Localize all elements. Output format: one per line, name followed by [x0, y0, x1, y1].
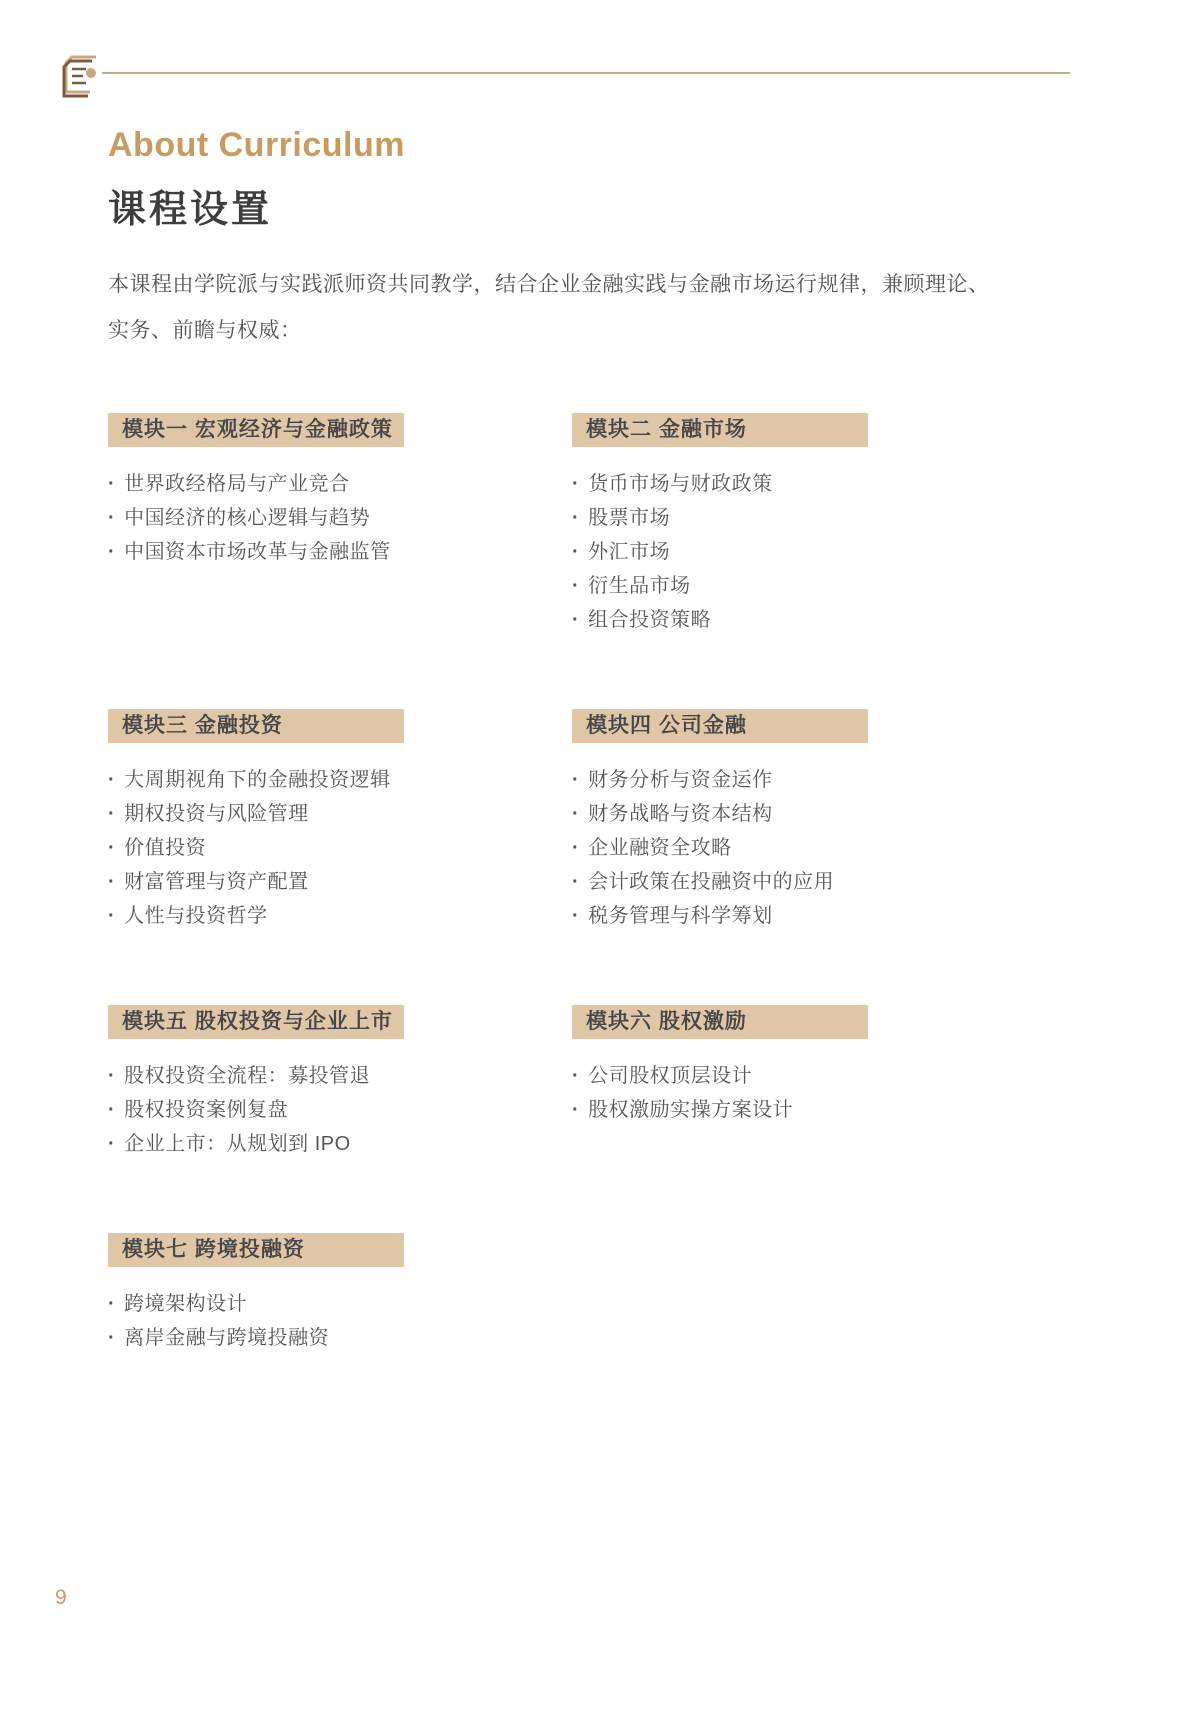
- module-item: ·企业上市：从规划到 IPO: [108, 1127, 572, 1161]
- module-item-text: 离岸金融与跨境投融资: [124, 1321, 329, 1355]
- module-item: ·股权激励实操方案设计: [572, 1093, 1073, 1127]
- bullet-dot: ·: [108, 865, 115, 899]
- bullet-dot: ·: [572, 797, 579, 831]
- bullet-dot: ·: [572, 467, 579, 501]
- module-item-list: ·跨境架构设计·离岸金融与跨境投融资: [108, 1287, 572, 1355]
- bullet-dot: ·: [108, 1321, 115, 1355]
- bullet-dot: ·: [108, 763, 115, 797]
- module-item-list: ·世界政经格局与产业竞合·中国经济的核心逻辑与趋势·中国资本市场改革与金融监管: [108, 467, 572, 569]
- module-item: ·股票市场: [572, 501, 1073, 535]
- intro-line-1: 本课程由学院派与实践派师资共同教学，结合企业金融实践与金融市场运行规律，兼顾理论…: [108, 273, 990, 296]
- module-item-text: 股权投资案例复盘: [124, 1093, 288, 1127]
- module-item-text: 企业融资全攻略: [588, 831, 732, 865]
- bullet-dot: ·: [572, 603, 579, 637]
- module-item-text: 股权激励实操方案设计: [588, 1093, 793, 1127]
- module-item: ·中国资本市场改革与金融监管: [108, 535, 572, 569]
- section-title-english: About Curriculum: [108, 126, 405, 165]
- module-item: ·组合投资策略: [572, 603, 1073, 637]
- module-item: ·公司股权顶层设计: [572, 1059, 1073, 1093]
- header-rule-line: [102, 72, 1070, 74]
- module-item-text: 人性与投资哲学: [124, 899, 268, 933]
- module-item: ·企业融资全攻略: [572, 831, 1073, 865]
- module-item-list: ·大周期视角下的金融投资逻辑·期权投资与风险管理·价值投资·财富管理与资产配置·…: [108, 763, 572, 933]
- module-item: ·离岸金融与跨境投融资: [108, 1321, 572, 1355]
- module-title-bar: 模块四 公司金融: [572, 709, 868, 743]
- module-item-text: 大周期视角下的金融投资逻辑: [124, 763, 391, 797]
- bullet-dot: ·: [108, 1093, 115, 1127]
- module-item-text: 股权投资全流程：募投管退: [124, 1059, 370, 1093]
- module-item: ·财富管理与资产配置: [108, 865, 572, 899]
- bullet-dot: ·: [572, 763, 579, 797]
- bullet-dot: ·: [108, 1059, 115, 1093]
- page-number: 9: [55, 1586, 67, 1610]
- module-item-text: 股票市场: [588, 501, 670, 535]
- bullet-dot: ·: [572, 1093, 579, 1127]
- module-item-text: 跨境架构设计: [124, 1287, 247, 1321]
- module-item: ·世界政经格局与产业竞合: [108, 467, 572, 501]
- modules-grid: 模块一 宏观经济与金融政策 ·世界政经格局与产业竞合·中国经济的核心逻辑与趋势·…: [108, 413, 1073, 1355]
- bullet-dot: ·: [108, 501, 115, 535]
- bullet-dot: ·: [572, 535, 579, 569]
- module-item-text: 外汇市场: [588, 535, 670, 569]
- bullet-dot: ·: [108, 899, 115, 933]
- intro-paragraph: 本课程由学院派与实践派师资共同教学，结合企业金融实践与金融市场运行规律，兼顾理论…: [108, 262, 1048, 354]
- module-item-text: 财富管理与资产配置: [124, 865, 309, 899]
- intro-line-2: 实务、前瞻与权威：: [108, 319, 302, 342]
- bullet-dot: ·: [108, 467, 115, 501]
- module-item-text: 衍生品市场: [588, 569, 691, 603]
- module-item: ·大周期视角下的金融投资逻辑: [108, 763, 572, 797]
- section-title-chinese: 课程设置: [108, 178, 272, 233]
- module-item-list: ·货币市场与财政政策·股票市场·外汇市场·衍生品市场·组合投资策略: [572, 467, 1073, 637]
- bullet-dot: ·: [572, 865, 579, 899]
- module-item: ·股权投资案例复盘: [108, 1093, 572, 1127]
- module-item-text: 期权投资与风险管理: [124, 797, 309, 831]
- module-block: 模块四 公司金融 ·财务分析与资金运作·财务战略与资本结构·企业融资全攻略·会计…: [572, 709, 1073, 933]
- bullet-dot: ·: [572, 831, 579, 865]
- module-block: 模块三 金融投资 ·大周期视角下的金融投资逻辑·期权投资与风险管理·价值投资·财…: [108, 709, 572, 933]
- module-item-text: 公司股权顶层设计: [588, 1059, 752, 1093]
- module-item: ·货币市场与财政政策: [572, 467, 1073, 501]
- module-item: ·财务分析与资金运作: [572, 763, 1073, 797]
- bullet-dot: ·: [572, 501, 579, 535]
- bullet-dot: ·: [108, 535, 115, 569]
- module-item-text: 财务战略与资本结构: [588, 797, 773, 831]
- module-item: ·会计政策在投融资中的应用: [572, 865, 1073, 899]
- module-item-text: 财务分析与资金运作: [588, 763, 773, 797]
- module-title-bar: 模块五 股权投资与企业上市: [108, 1005, 404, 1039]
- module-item-text: 世界政经格局与产业竞合: [124, 467, 350, 501]
- module-item: ·财务战略与资本结构: [572, 797, 1073, 831]
- module-item: ·外汇市场: [572, 535, 1073, 569]
- module-item-list: ·股权投资全流程：募投管退·股权投资案例复盘·企业上市：从规划到 IPO: [108, 1059, 572, 1161]
- module-item-list: ·财务分析与资金运作·财务战略与资本结构·企业融资全攻略·会计政策在投融资中的应…: [572, 763, 1073, 933]
- module-item-list: ·公司股权顶层设计·股权激励实操方案设计: [572, 1059, 1073, 1127]
- module-item: ·价值投资: [108, 831, 572, 865]
- module-item-text: 会计政策在投融资中的应用: [588, 865, 834, 899]
- module-title-bar: 模块七 跨境投融资: [108, 1233, 404, 1267]
- module-item: ·人性与投资哲学: [108, 899, 572, 933]
- module-item: ·中国经济的核心逻辑与趋势: [108, 501, 572, 535]
- module-item-text: 企业上市：从规划到 IPO: [124, 1127, 351, 1161]
- module-item-text: 中国经济的核心逻辑与趋势: [124, 501, 370, 535]
- module-item: ·税务管理与科学筹划: [572, 899, 1073, 933]
- module-title-bar: 模块六 股权激励: [572, 1005, 868, 1039]
- module-block: 模块六 股权激励 ·公司股权顶层设计·股权激励实操方案设计: [572, 1005, 1073, 1127]
- module-title-bar: 模块三 金融投资: [108, 709, 404, 743]
- document-page: About Curriculum 课程设置 本课程由学院派与实践派师资共同教学，…: [0, 0, 1181, 1712]
- bullet-dot: ·: [572, 899, 579, 933]
- module-item-text: 价值投资: [124, 831, 206, 865]
- module-block: 模块五 股权投资与企业上市 ·股权投资全流程：募投管退·股权投资案例复盘·企业上…: [108, 1005, 572, 1161]
- bullet-dot: ·: [572, 569, 579, 603]
- bullet-dot: ·: [108, 797, 115, 831]
- module-item: ·衍生品市场: [572, 569, 1073, 603]
- bullet-dot: ·: [108, 831, 115, 865]
- module-item: ·股权投资全流程：募投管退: [108, 1059, 572, 1093]
- module-title-bar: 模块一 宏观经济与金融政策: [108, 413, 404, 447]
- module-item-text: 中国资本市场改革与金融监管: [124, 535, 391, 569]
- module-item: ·跨境架构设计: [108, 1287, 572, 1321]
- header-rule-dot: [86, 68, 96, 78]
- module-item: ·期权投资与风险管理: [108, 797, 572, 831]
- module-title-bar: 模块二 金融市场: [572, 413, 868, 447]
- module-item-text: 税务管理与科学筹划: [588, 899, 773, 933]
- module-item-text: 组合投资策略: [588, 603, 711, 637]
- module-block: 模块一 宏观经济与金融政策 ·世界政经格局与产业竞合·中国经济的核心逻辑与趋势·…: [108, 413, 572, 569]
- bullet-dot: ·: [108, 1127, 115, 1161]
- bullet-dot: ·: [108, 1287, 115, 1321]
- module-block: 模块二 金融市场 ·货币市场与财政政策·股票市场·外汇市场·衍生品市场·组合投资…: [572, 413, 1073, 637]
- module-block: 模块七 跨境投融资 ·跨境架构设计·离岸金融与跨境投融资: [108, 1233, 572, 1355]
- bullet-dot: ·: [572, 1059, 579, 1093]
- module-item-text: 货币市场与财政政策: [588, 467, 773, 501]
